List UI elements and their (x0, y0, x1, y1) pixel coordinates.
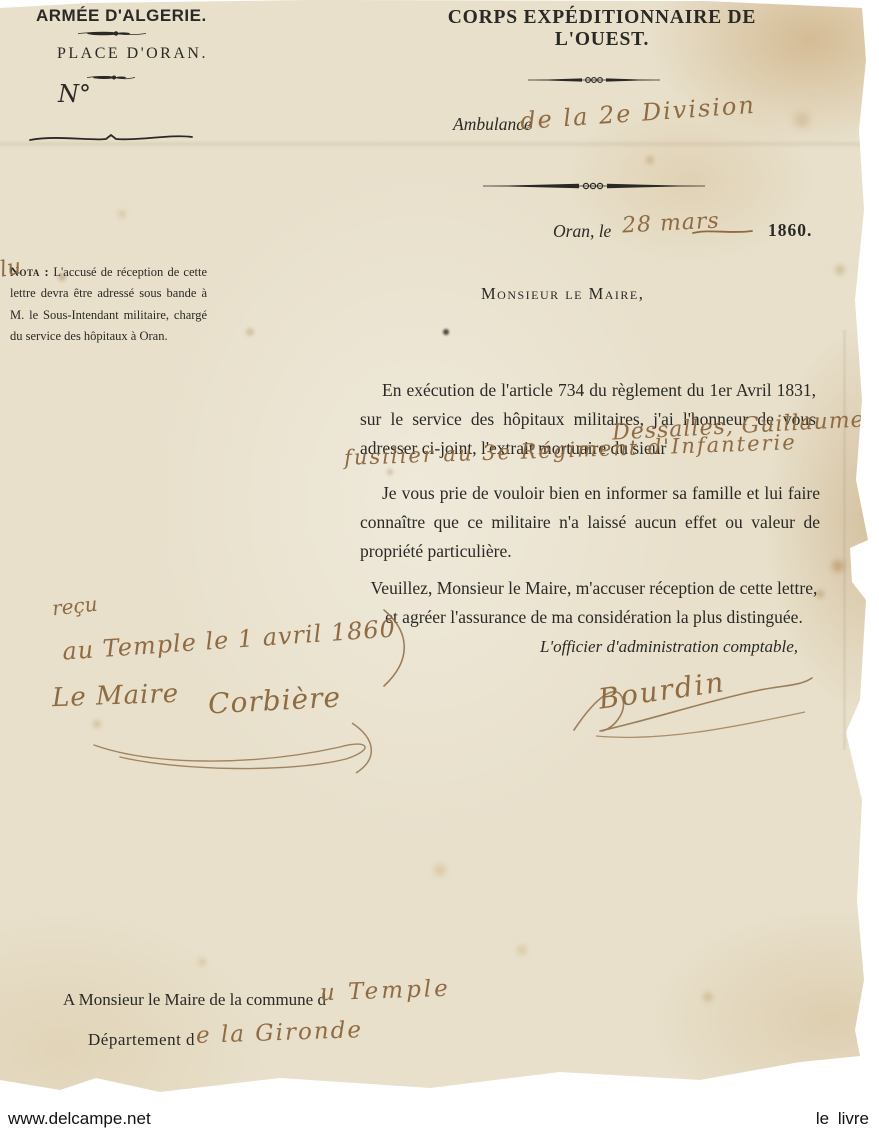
handwritten-lu-mark: lu (0, 254, 23, 282)
scanned-letter: ARMÉE D'ALGERIE. PLACE D'ORAN. N° Nota :… (0, 0, 879, 1131)
watermark-strip: www.delcampe.net le livre (0, 1107, 879, 1131)
handwritten-received-date: au Temple le 1 avril 1860 (61, 614, 396, 665)
watermark-url: www.delcampe.net (8, 1109, 151, 1129)
dateline-year: 1860. (768, 220, 812, 241)
handwritten-date: 28 mars (621, 208, 720, 238)
foxing-stains (0, 0, 4, 4)
place-heading: PLACE D'ORAN. (57, 45, 208, 63)
handwritten-signature: Bourdin (596, 665, 727, 715)
body-paragraph-2: Je vous prie de vouloir bien en informer… (360, 479, 820, 566)
handwritten-received: reçu (51, 592, 99, 621)
dateline-prefix: Oran, le (553, 221, 611, 242)
spindle-divider-icon (528, 74, 660, 86)
divider-ornament-icon (86, 73, 136, 82)
handwritten-commune: u Temple (320, 976, 452, 1007)
paper-crease (842, 330, 847, 750)
nota-block: Nota : L'accusé de réception de cette le… (10, 262, 207, 348)
divider-ornament-icon (76, 29, 148, 38)
salutation: Monsieur le Maire, (481, 284, 644, 304)
body-paragraph-3: Veuillez, Monsieur le Maire, m'accuser r… (368, 574, 820, 632)
handwritten-mayor-title: Le Maire (52, 679, 180, 713)
corps-title: CORPS EXPÉDITIONNAIRE DE L'OUEST. (402, 7, 802, 51)
spindle-divider-icon (483, 180, 705, 192)
mayor-signature-flourish-icon (90, 715, 390, 775)
paper-sheet: ARMÉE D'ALGERIE. PLACE D'ORAN. N° Nota :… (0, 0, 872, 1105)
watermark-seller: le livre (816, 1109, 869, 1129)
handwritten-ambulance-value: de la 2e Division (519, 91, 756, 135)
department-line: Département d (88, 1030, 195, 1050)
officer-title: L'officier d'administration comptable, (540, 637, 798, 657)
addressee-line: A Monsieur le Maire de la commune d (63, 990, 326, 1010)
handwritten-mayor-signature: Corbière (207, 681, 342, 721)
army-heading: ARMÉE D'ALGERIE. (36, 6, 207, 26)
number-label: N° (58, 80, 91, 108)
handwritten-department: e la Gironde (196, 1017, 364, 1049)
swash-bracket-icon (28, 131, 194, 145)
